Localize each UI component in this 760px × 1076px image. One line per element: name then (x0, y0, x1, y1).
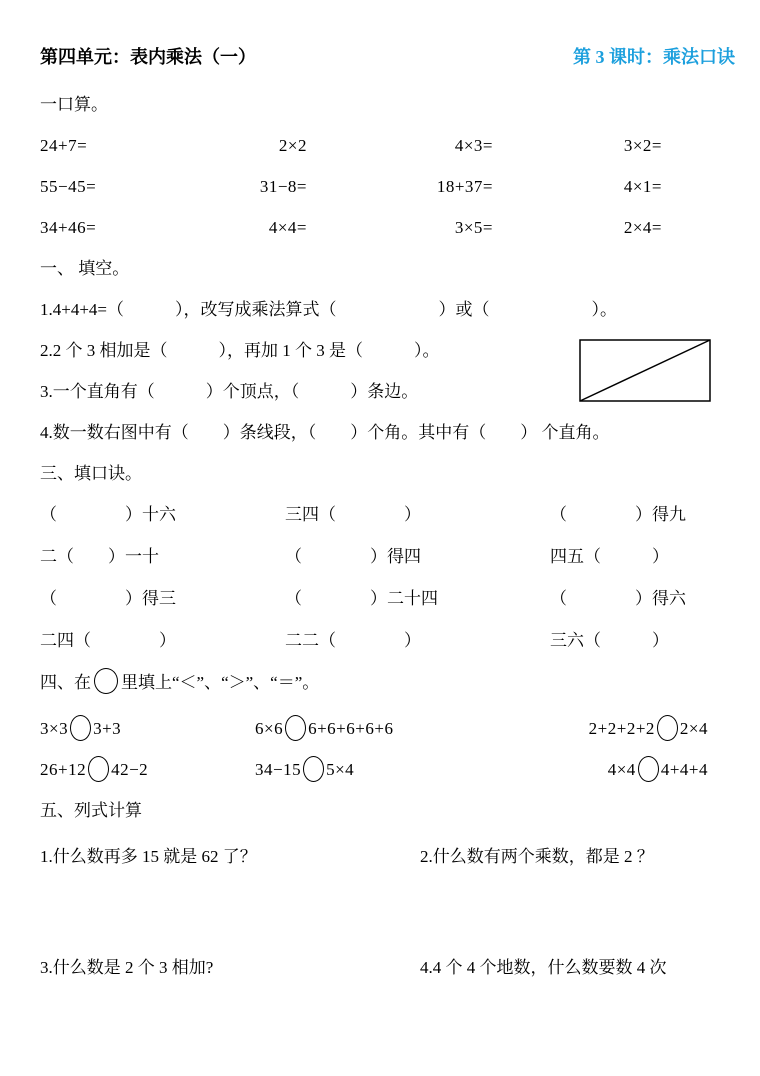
kouji-blank: 三六（ ） (550, 620, 745, 662)
expression-right: 42−2 (111, 760, 148, 779)
section-heading-problems: 五、列式计算 (40, 790, 745, 831)
oral-problem: 4×4= (160, 207, 307, 248)
word-problems-row: 1.什么数再多 15 就是 62 了？ 2.什么数有两个乘数，都是 2 ？ (40, 836, 745, 877)
kouji-blank: （ ）二十四 (285, 578, 550, 620)
fill-line: 1.4+4+4=（ ），改写成乘法算式（ ）或（ ）。 (40, 289, 745, 330)
blank-circle-icon (303, 756, 324, 782)
word-problem: 4.4 个 4 个地数，什么数要数 4 次 (420, 947, 745, 988)
expression-left: 3×3 (40, 719, 68, 738)
fill-line: 4.数一数右图中有（ ）条线段，（ ）个角。其中有（ ） 个直角。 (40, 412, 745, 453)
expression-left: 34−15 (255, 760, 301, 779)
word-problem: 2.什么数有两个乘数，都是 2 ？ (420, 836, 745, 877)
expression-left: 6×6 (255, 719, 283, 738)
rectangle-diagonal-figure (579, 339, 711, 402)
section-heading-kouji: 三、填口诀。 (40, 453, 745, 494)
blank-circle-icon (657, 715, 678, 741)
comparison-item: 4×44+4+4 (608, 749, 708, 790)
expression-right: 2×4 (680, 719, 708, 738)
oral-problem: 34+46= (40, 207, 160, 248)
blank-circle-icon (94, 668, 118, 694)
comparison-item: 3×33+3 (40, 708, 255, 749)
expression-right: 6+6+6+6+6 (308, 719, 393, 738)
comparison-item: 2+2+2+22×4 (589, 708, 708, 749)
kouji-blank: 二二（ ） (285, 620, 550, 662)
compare-heading-pre: 四、在 (40, 673, 91, 692)
kouji-grid: （ ）十六 三四（ ） （ ）得九 二（ ）一十 （ ）得四 四五（ ） （ ）… (40, 494, 745, 662)
kouji-blank: （ ）得六 (550, 578, 745, 620)
unit-title: 第四单元：表内乘法（一） (40, 44, 256, 70)
section-heading-compare: 四、在里填上“＜”、“＞”、“＝”。 (40, 662, 745, 703)
comparison-item: 26+1242−2 (40, 749, 255, 790)
doc-header: 第四单元：表内乘法（一） 第 3 课时：乘法口诀 (40, 44, 745, 70)
section-heading-oral: 一口算。 (40, 84, 745, 125)
word-problem: 1.什么数再多 15 就是 62 了？ (40, 836, 420, 877)
oral-problem: 2×4= (493, 207, 662, 248)
kouji-blank: 二（ ）一十 (40, 536, 285, 578)
expression-left: 4×4 (608, 760, 636, 779)
expression-right: 4+4+4 (661, 760, 708, 779)
oral-problem: 3×2= (493, 125, 662, 166)
compare-heading-post: 里填上“＜”、“＞”、“＝”。 (121, 673, 319, 692)
oral-problem: 31−8= (160, 166, 307, 207)
blank-circle-icon (285, 715, 306, 741)
kouji-blank: （ ）十六 (40, 494, 285, 536)
expression-left: 26+12 (40, 760, 86, 779)
kouji-blank: （ ）得四 (285, 536, 550, 578)
comparison-item: 34−155×4 (255, 749, 550, 790)
blank-circle-icon (88, 756, 109, 782)
expression-left: 2+2+2+2 (589, 719, 655, 738)
kouji-blank: 三四（ ） (285, 494, 550, 536)
section-heading-fill: 一、 填空。 (40, 248, 745, 289)
oral-problem: 4×3= (307, 125, 493, 166)
comparison-item: 6×66+6+6+6+6 (255, 708, 550, 749)
blank-circle-icon (638, 756, 659, 782)
oral-calculation-grid: 24+7= 2×2 4×3= 3×2= 55−45= 31−8= 18+37= … (40, 125, 745, 248)
oral-problem: 55−45= (40, 166, 160, 207)
word-problem: 3.什么数是 2 个 3 相加? (40, 947, 420, 988)
oral-problem: 4×1= (493, 166, 662, 207)
lesson-title: 第 3 课时：乘法口诀 (573, 44, 735, 70)
oral-problem: 3×5= (307, 207, 493, 248)
word-problems-row: 3.什么数是 2 个 3 相加? 4.4 个 4 个地数，什么数要数 4 次 (40, 947, 745, 988)
oral-problem: 18+37= (307, 166, 493, 207)
expression-right: 3+3 (93, 719, 121, 738)
oral-problem: 2×2 (160, 125, 307, 166)
kouji-blank: （ ）得九 (550, 494, 745, 536)
kouji-blank: 二四（ ） (40, 620, 285, 662)
expression-right: 5×4 (326, 760, 354, 779)
kouji-blank: 四五（ ） (550, 536, 745, 578)
comparison-grid: 3×33+3 6×66+6+6+6+6 2+2+2+22×4 26+1242−2… (40, 708, 745, 790)
worksheet-page: 第四单元：表内乘法（一） 第 3 课时：乘法口诀 一口算。 24+7= 2×2 … (0, 0, 760, 1076)
kouji-blank: （ ）得三 (40, 578, 285, 620)
blank-circle-icon (70, 715, 91, 741)
oral-problem: 24+7= (40, 125, 160, 166)
